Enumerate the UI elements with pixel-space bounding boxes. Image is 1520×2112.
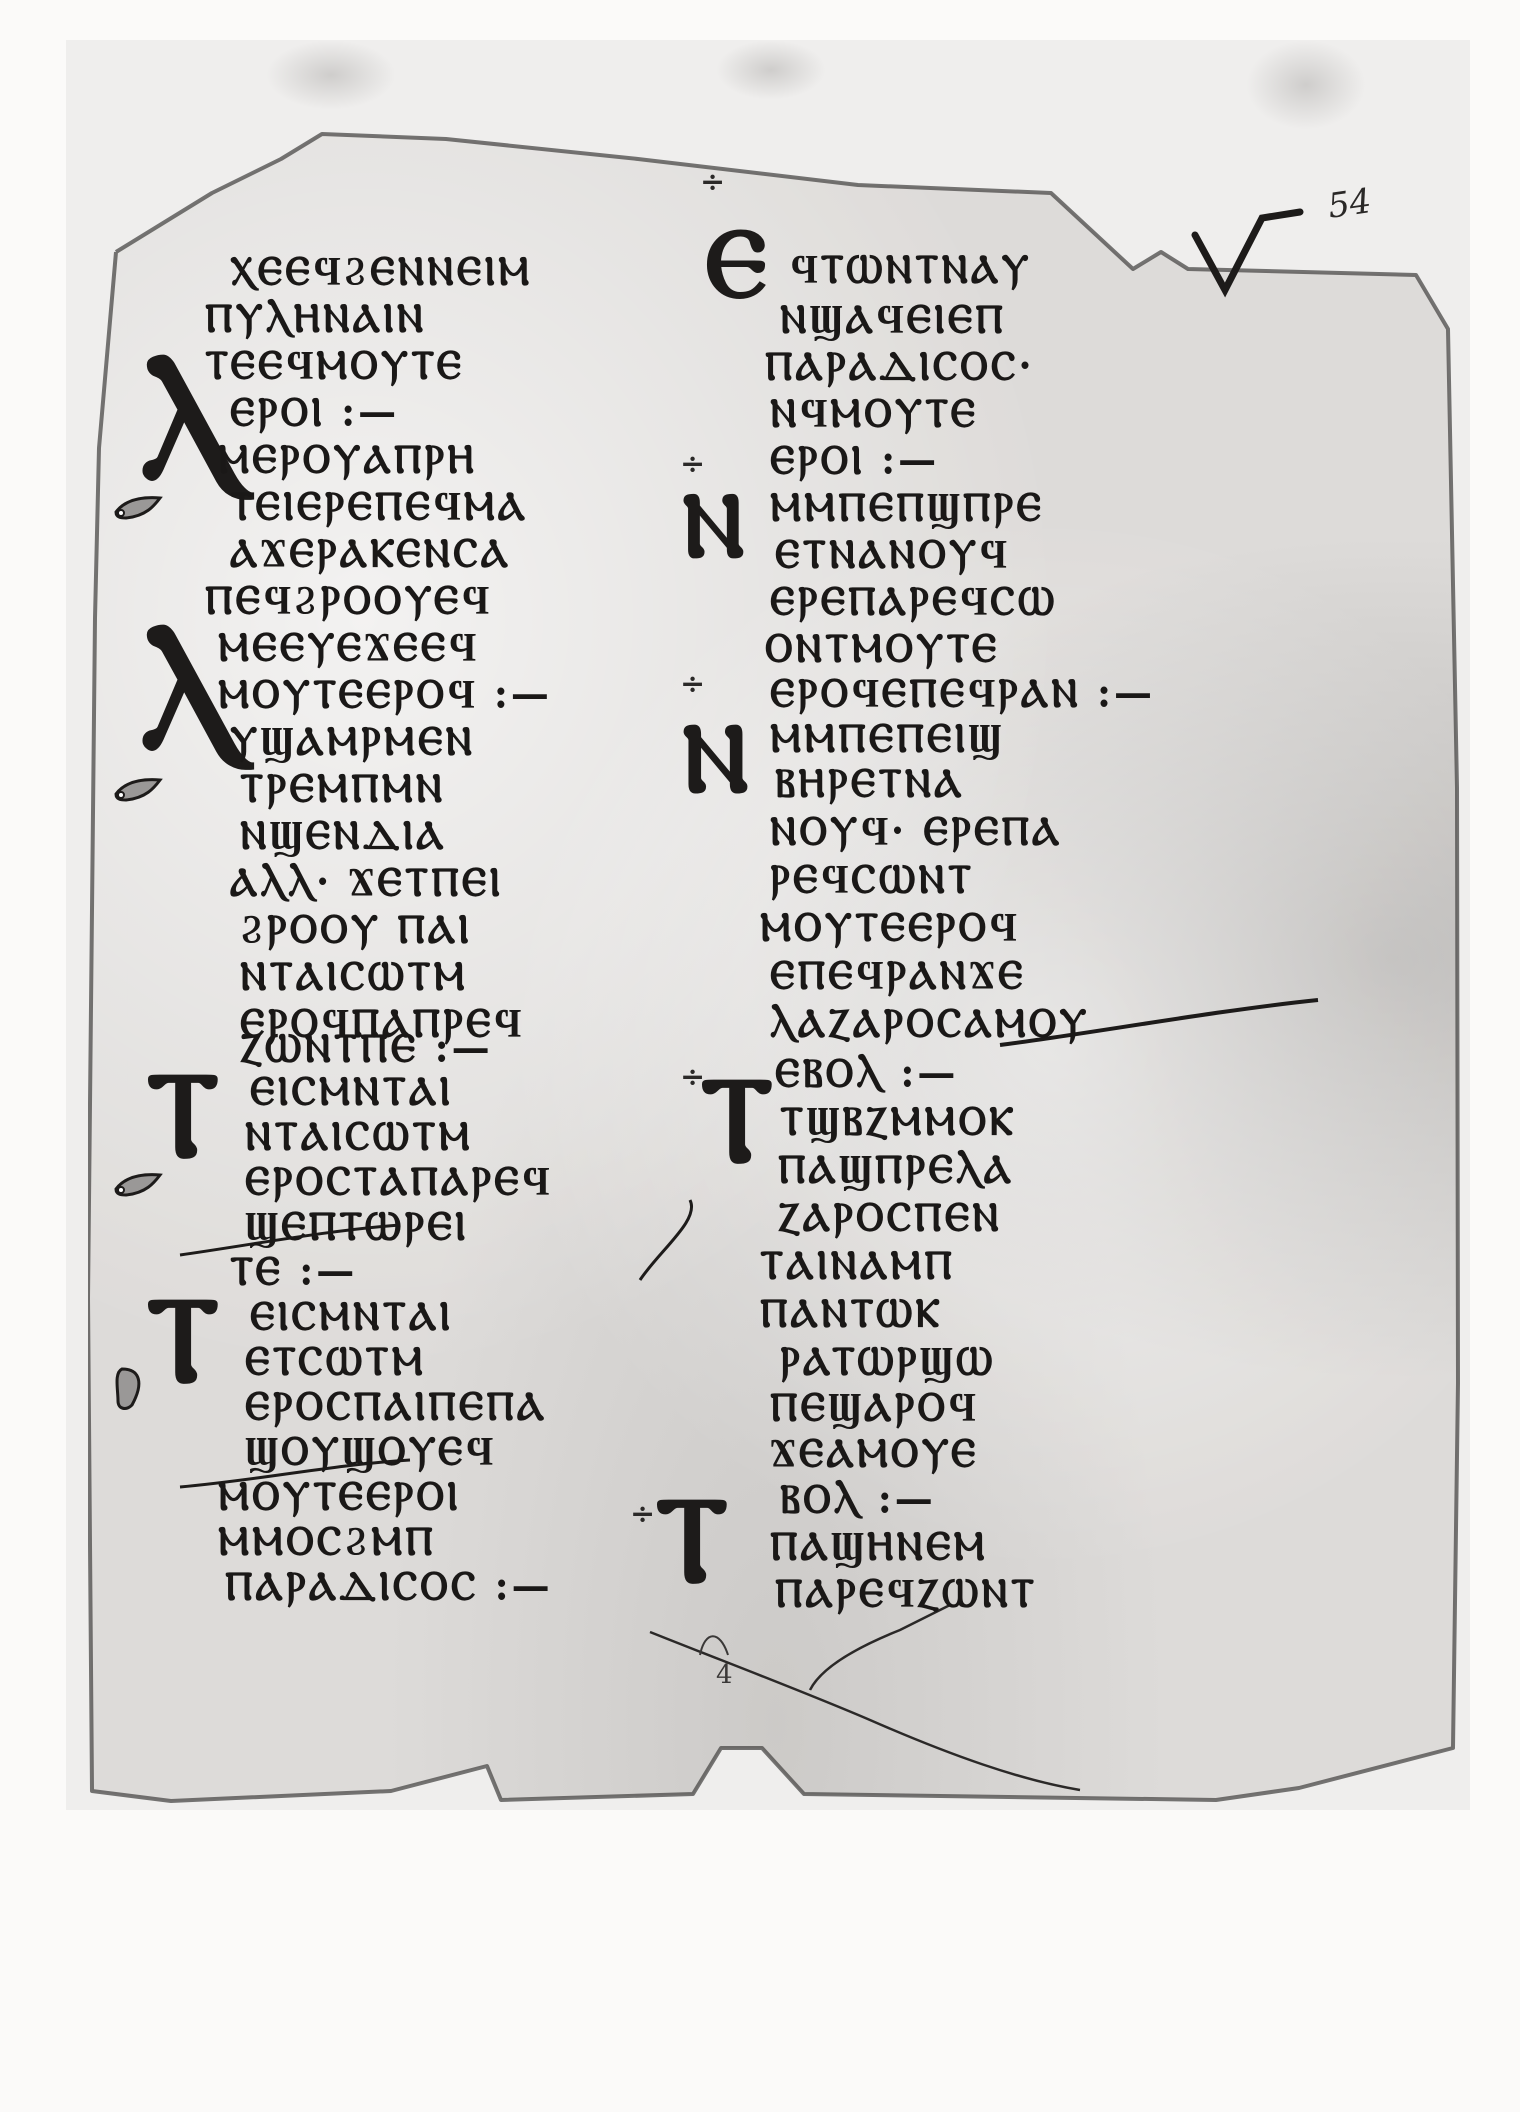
manuscript-line: ⲘⲘⲞⲤϨⲘⲠ: [218, 1520, 436, 1562]
manuscript-line: ⲀϪⲈⲢⲀⲔⲈⲚⲤⲀ: [230, 532, 511, 574]
manuscript-line: ⲢⲀⲦⲰⲢϢⲰ: [780, 1340, 996, 1382]
manuscript-line: ⲌⲰⲚⲦⲠⲈ :—: [240, 1027, 493, 1069]
manuscript-line: ⲠⲀⲚⲦⲰⲔ: [760, 1292, 942, 1334]
initial-letter: Ⲛ: [682, 710, 749, 806]
initial-letter: Ⲛ: [682, 480, 745, 570]
manuscript-line: ⲦⲀⲒⲚⲀⲘⲠ: [760, 1244, 955, 1286]
manuscript-line: ⲈⲢⲞⲒ :—: [230, 391, 399, 433]
manuscript-line: ⲚϢⲈⲚⲆⲒⲀ: [240, 814, 447, 856]
mount-stain: [266, 40, 396, 110]
manuscript-line: ⲂⲞⲖ :—: [780, 1478, 936, 1520]
manuscript-line: ⲂⲎⲢⲈⲦⲚⲀ: [775, 762, 965, 804]
manuscript-line: ⲠⲀⲢⲈϤⲌⲰⲚⲦ: [775, 1572, 1037, 1614]
manuscript-line: ⲦⲈⲈϤⲘⲞⲨⲦⲈ: [205, 344, 464, 386]
leaf-ornament-icon: [112, 770, 166, 804]
manuscript-line: ⲈⲒⲤⲘⲚⲦⲀⲒ: [250, 1295, 453, 1337]
manuscript-line: ⲠⲀⲢⲀⲆⲒⲤⲞⲤ :—: [225, 1565, 553, 1607]
manuscript-line: ⲈⲦⲚⲀⲚⲞⲨϤ: [775, 533, 1010, 575]
manuscript-line: ⲞⲚⲦⲘⲞⲨⲦⲈ: [765, 627, 999, 669]
manuscript-line: ⲬⲈⲈϤϨⲈⲚⲚⲈⲒⲘ: [230, 250, 532, 292]
manuscript-line: ⲘⲞⲨⲦⲈⲈⲢⲞϤ :—: [218, 673, 552, 715]
section-marker: ÷: [680, 670, 705, 700]
manuscript-line: ⲈⲒⲤⲘⲚⲦⲀⲒ: [250, 1070, 453, 1112]
manuscript-line: ⲘⲞⲨⲦⲈⲈⲢⲞⲒ: [218, 1475, 461, 1517]
leaf-ornament-icon: [112, 1365, 146, 1413]
manuscript-line: ⲀⲖⲖ· ϪⲈⲦⲠⲈⲒ: [230, 861, 503, 903]
manuscript-line: ϪⲈⲀⲘⲞⲨⲈ: [770, 1432, 978, 1474]
mount-stain: [716, 40, 826, 100]
manuscript-line: ⲚⲞⲨϤ· ⲈⲢⲈⲠⲀ: [770, 810, 1062, 852]
initial-letter: Ⲧ: [146, 1055, 220, 1175]
initial-letter: Ⲉ: [705, 215, 767, 311]
initial-letter: Ⲧ: [700, 1060, 774, 1180]
leaf-ornament-icon: [112, 1165, 166, 1199]
manuscript-line: ϤⲦⲰⲚⲦⲚⲀⲨ: [790, 248, 1032, 290]
manuscript-line: ⲈⲢⲞⲒ :—: [770, 439, 939, 481]
manuscript-line: ⲠⲀϢⲠⲢⲈⲖⲀ: [778, 1148, 1014, 1190]
manuscript-line: ⲈⲢⲞⲤⲦⲀⲠⲀⲢⲈϤ: [245, 1160, 552, 1202]
manuscript-line: ⲚⲦⲀⲒⲤⲰⲦⲘ: [245, 1115, 473, 1157]
leaf-ornament-icon: [112, 488, 166, 522]
manuscript-line: ϢⲞⲨϢⲞⲨⲈϤ: [245, 1430, 496, 1472]
manuscript-line: ⲘⲘⲠⲈⲠⲈⲒϢ: [770, 717, 1004, 759]
section-marker: ÷: [700, 168, 725, 198]
section-marker: ÷: [630, 1500, 655, 1530]
manuscript-line: ⲈⲦⲤⲰⲦⲘ: [245, 1340, 426, 1382]
manuscript-line: ⲌⲀⲢⲞⲤⲠⲈⲚ: [778, 1196, 1002, 1238]
manuscript-line: ⲈⲢⲞⲤⲠⲀⲒⲠⲈⲠⲀ: [245, 1385, 547, 1427]
manuscript-line: ⲘⲈⲈⲨⲈϪⲈⲈϤ: [218, 626, 479, 668]
manuscript-line: ⲈⲢⲈⲠⲀⲢⲈϤⲤⲰ: [770, 580, 1057, 622]
manuscript-line: ⲖⲀⲌⲀⲢⲞⲤⲀⲘⲞⲨ: [770, 1002, 1090, 1044]
manuscript-line: ⲘⲘⲠⲈⲠϢⲠⲢⲈ: [770, 486, 1044, 528]
manuscript-line: ⲚϤⲘⲞⲨⲦⲈ: [770, 392, 978, 434]
manuscript-line: ⲦⲢⲈⲘⲠⲘⲚ: [240, 767, 445, 809]
mount-stain: [1246, 40, 1366, 130]
manuscript-line: ϨⲢⲞⲞⲨ ⲠⲀⲒ: [240, 908, 472, 950]
initial-letter: Ⲧ: [146, 1280, 220, 1400]
manuscript-line: ϢⲈⲠⲦⲰⲢⲈⲒ: [245, 1205, 469, 1247]
quire-mark: 4: [716, 1660, 733, 1690]
manuscript-line: ⲘⲞⲨⲦⲈⲈⲢⲞϤ: [760, 906, 1020, 948]
manuscript-line: ⲈⲂⲞⲖ :—: [775, 1052, 958, 1094]
manuscript-line: ⲠⲈϢⲀⲢⲞϤ: [770, 1386, 979, 1428]
manuscript-line: ⲚⲦⲀⲒⲤⲰⲦⲘ: [240, 955, 468, 997]
initial-letter: Ⲧ: [655, 1480, 729, 1600]
manuscript-line: ⲈⲠⲈϤⲢⲀⲚϪⲈ: [770, 954, 1026, 996]
manuscript-line: ⲚϢⲀϤⲈⲒⲈⲠ: [780, 298, 1006, 340]
manuscript-line: ⲦⲈⲒⲈⲢⲈⲠⲈϤⲘⲀ: [230, 485, 528, 527]
manuscript-line: ⲘⲈⲢⲞⲨⲀⲠⲢⲎ: [218, 438, 477, 480]
manuscript-line: ⲠⲀⲢⲀⲆⲒⲤⲞⲤ·: [765, 345, 1035, 387]
manuscript-line: ⲨϢⲀⲘⲢⲘⲈⲚ: [230, 720, 475, 762]
manuscript-line: ⲠⲀϢⲎⲚⲈⲘ: [770, 1525, 988, 1567]
manuscript-line: ⲦⲈ :—: [230, 1250, 357, 1292]
folio-number: 54: [1325, 181, 1373, 227]
manuscript-line: ⲠⲨⲖⲎⲚⲀⲒⲚ: [205, 297, 426, 339]
manuscript-line: ⲢⲈϤⲤⲰⲚⲦ: [770, 858, 974, 900]
manuscript-line: ⲈⲢⲞϤⲈⲠⲈϤⲢⲀⲚ :—: [770, 672, 1155, 714]
manuscript-line: ⲦϢⲂⲌⲘⲘⲞⲔ: [780, 1100, 1016, 1142]
manuscript-line: ⲠⲈϤϨⲢⲞⲞⲨⲈϤ: [205, 579, 492, 621]
